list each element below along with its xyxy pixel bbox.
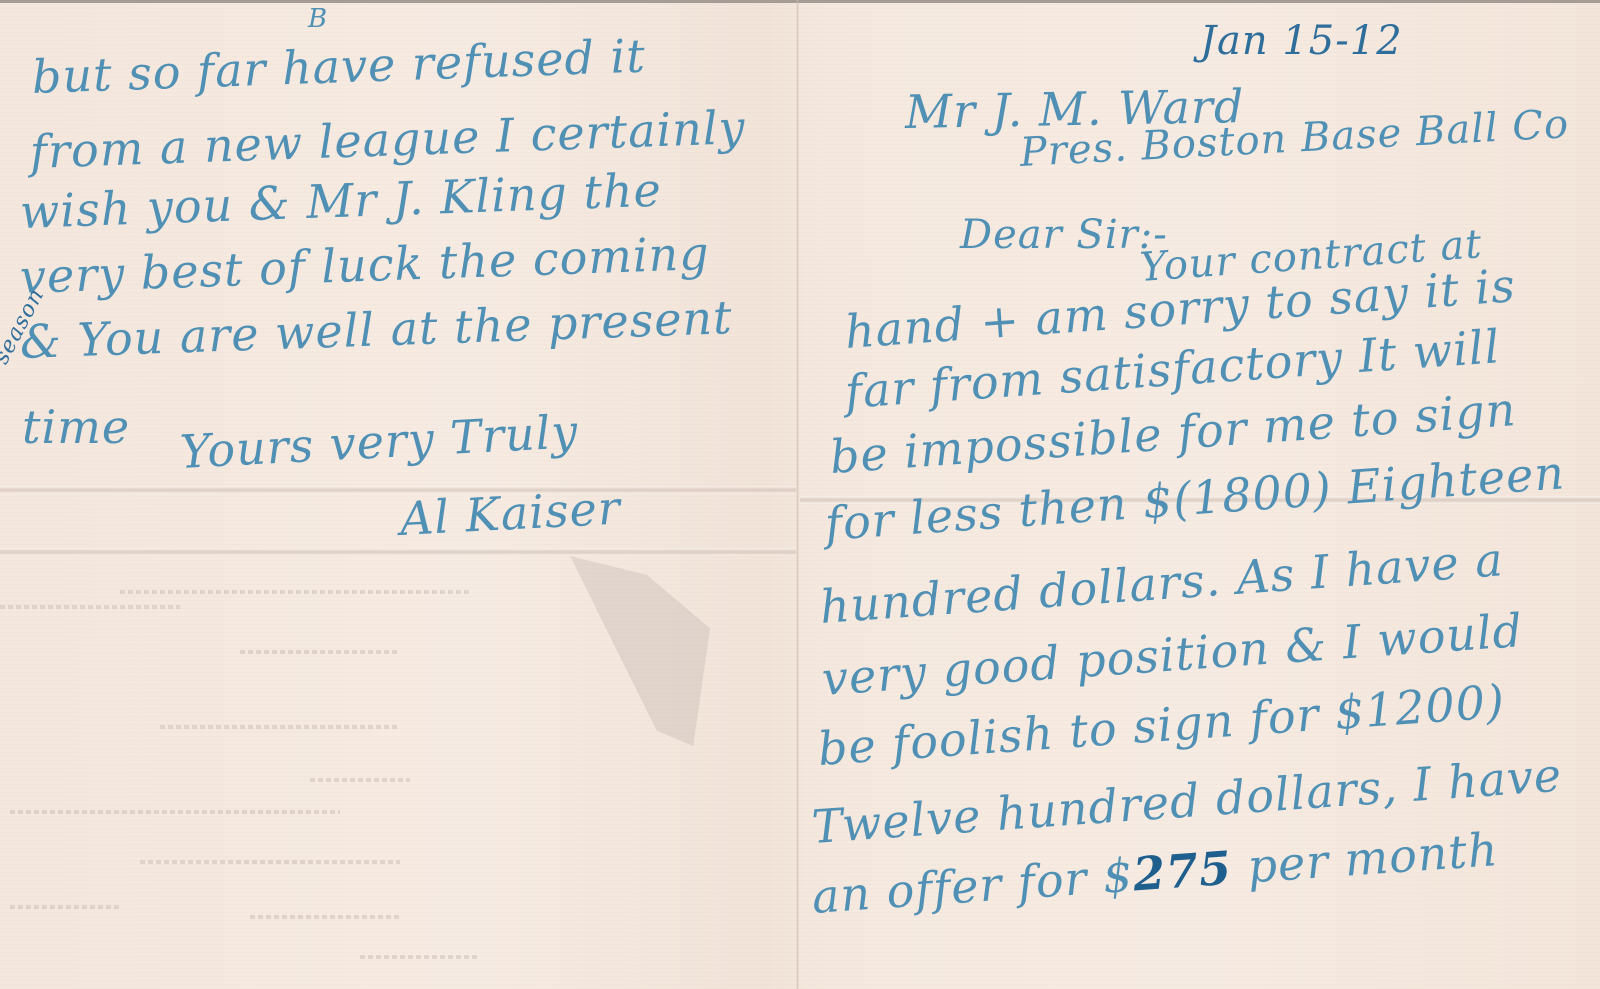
offer-suffix: per month: [1230, 822, 1500, 894]
letter-scan: B but so far have refused it from a new …: [0, 0, 1600, 989]
closing: Yours very Truly: [179, 404, 580, 479]
center-fold-crease: [796, 0, 799, 989]
left-body-line: very best of luck the coming: [19, 226, 710, 304]
signature: Al Kaiser: [399, 480, 622, 545]
scan-top-edge: [0, 0, 1600, 3]
left-body-line: time: [22, 400, 130, 454]
left-body-line: & You are well at the present: [19, 290, 733, 369]
letter-date: Jan 15-12: [1200, 18, 1403, 64]
horizontal-fold-left-lower: [0, 548, 796, 556]
left-body-line: but so far have refused it: [31, 29, 647, 104]
offer-prefix: an offer for $: [810, 848, 1135, 924]
salutation: Dear Sir:-: [960, 212, 1168, 258]
offer-amount: 275: [1131, 841, 1234, 902]
page-mark: B: [308, 4, 328, 34]
